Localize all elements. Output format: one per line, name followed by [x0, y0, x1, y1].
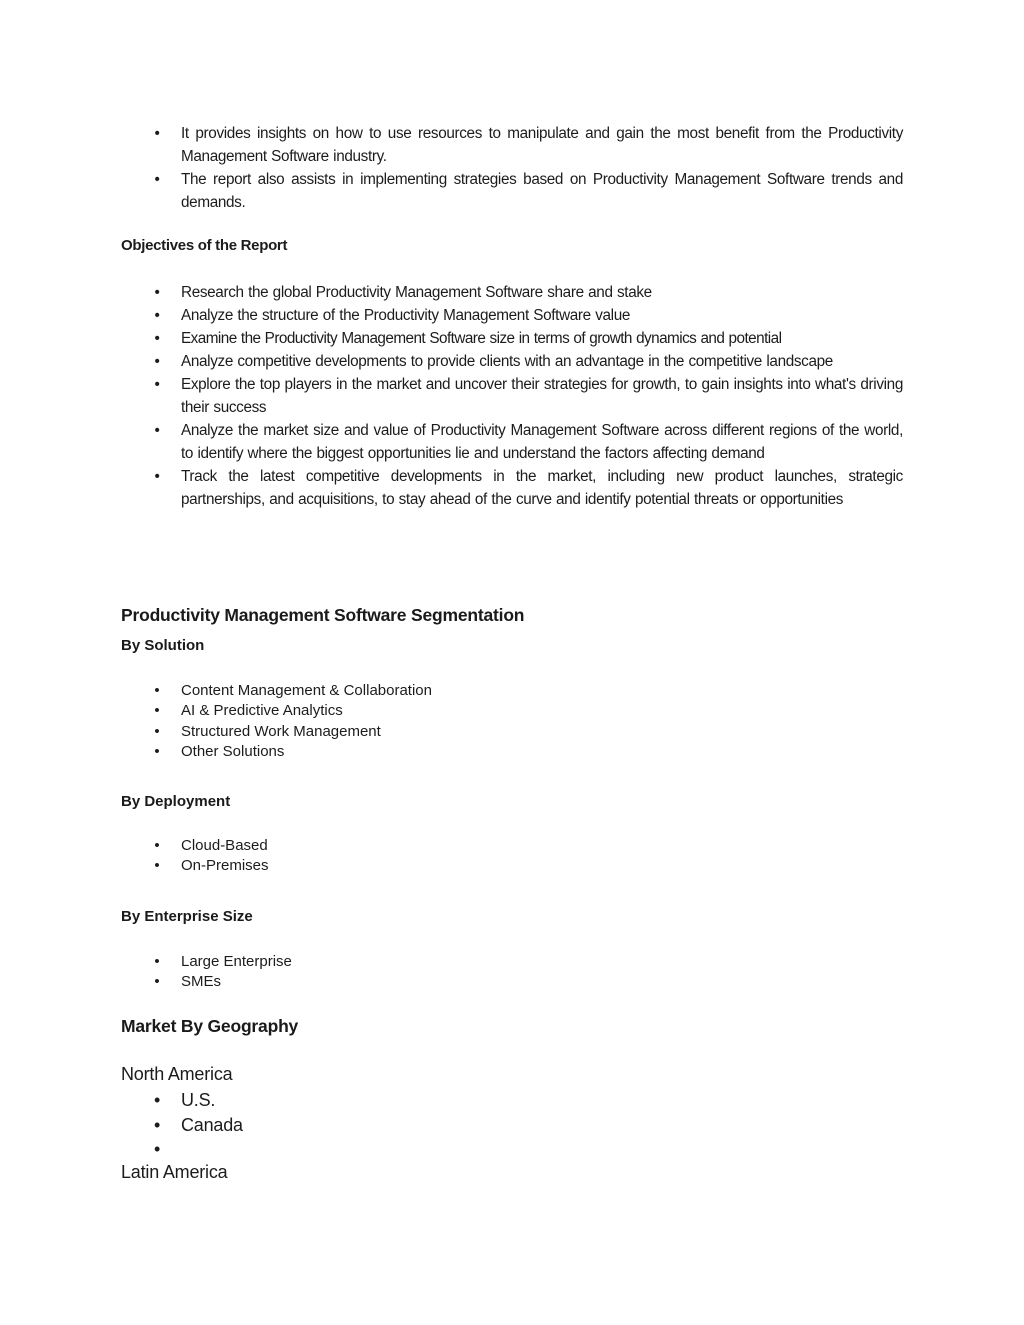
objectives-list: Research the global Productivity Managem…	[0, 281, 1024, 511]
bullet-icon	[152, 281, 162, 304]
by-solution-list: Content Management & Collaboration AI & …	[0, 681, 1024, 762]
bullet-icon	[152, 681, 162, 701]
bullet-icon	[152, 1113, 162, 1138]
bullet-icon	[152, 350, 162, 373]
list-item: Content Management & Collaboration	[0, 681, 1024, 701]
list-item: Canada	[0, 1113, 1024, 1138]
north-america-list: U.S. Canada	[0, 1088, 1024, 1162]
bullet-icon	[152, 972, 162, 992]
list-item-text: Examine the Productivity Management Soft…	[181, 327, 903, 350]
bullet-icon	[152, 1137, 162, 1162]
list-item: Other Solutions	[0, 742, 1024, 762]
bullet-icon	[152, 722, 162, 742]
bullet-icon	[152, 856, 162, 876]
list-item-text: Canada	[181, 1113, 903, 1138]
list-item-text: Cloud-Based	[181, 836, 903, 856]
list-item-text: Research the global Productivity Managem…	[181, 281, 903, 304]
list-item-text: SMEs	[181, 972, 903, 992]
by-enterprise-size-list: Large Enterprise SMEs	[0, 952, 1024, 993]
list-item-text: U.S.	[181, 1088, 903, 1113]
bullet-icon	[152, 168, 162, 191]
bullet-icon	[152, 952, 162, 972]
list-item: On-Premises	[0, 856, 1024, 876]
list-item: U.S.	[0, 1088, 1024, 1113]
list-item: SMEs	[0, 972, 1024, 992]
list-item: Explore the top players in the market an…	[0, 373, 1024, 419]
bullet-icon	[152, 1088, 162, 1113]
geography-heading: Market By Geography	[121, 1016, 298, 1037]
objectives-heading: Objectives of the Report	[121, 237, 287, 254]
bullet-icon	[152, 742, 162, 762]
list-item-text: The report also assists in implementing …	[181, 168, 903, 214]
list-item-text: Analyze competitive developments to prov…	[181, 350, 903, 373]
bullet-icon	[152, 304, 162, 327]
bullet-icon	[152, 701, 162, 721]
list-item: Analyze the market size and value of Pro…	[0, 419, 1024, 465]
list-item: Structured Work Management	[0, 722, 1024, 742]
by-deployment-heading: By Deployment	[121, 793, 230, 810]
list-item-text: Explore the top players in the market an…	[181, 373, 903, 419]
list-item-text: Large Enterprise	[181, 952, 903, 972]
list-item: AI & Predictive Analytics	[0, 701, 1024, 721]
bullet-icon	[152, 373, 162, 396]
segmentation-heading: Productivity Management Software Segment…	[121, 605, 524, 626]
list-item-text: Content Management & Collaboration	[181, 681, 903, 701]
list-item: Research the global Productivity Managem…	[0, 281, 1024, 304]
list-item: Examine the Productivity Management Soft…	[0, 327, 1024, 350]
list-item-text: Structured Work Management	[181, 722, 903, 742]
document-page: It provides insights on how to use resou…	[0, 0, 1024, 1325]
list-item	[0, 1137, 1024, 1162]
list-item: Cloud-Based	[0, 836, 1024, 856]
intro-bullet-list: It provides insights on how to use resou…	[0, 122, 1024, 214]
list-item-text: Analyze the market size and value of Pro…	[181, 419, 903, 465]
list-item: Analyze competitive developments to prov…	[0, 350, 1024, 373]
list-item-text: Analyze the structure of the Productivit…	[181, 304, 903, 327]
by-enterprise-size-heading: By Enterprise Size	[121, 908, 253, 925]
by-solution-heading: By Solution	[121, 637, 204, 654]
bullet-icon	[152, 419, 162, 442]
bullet-icon	[152, 465, 162, 488]
list-item-text: Track the latest competitive development…	[181, 465, 903, 511]
bullet-icon	[152, 122, 162, 145]
region-latin-america: Latin America	[121, 1162, 227, 1183]
list-item-text: Other Solutions	[181, 742, 903, 762]
bullet-icon	[152, 327, 162, 350]
list-item-text: AI & Predictive Analytics	[181, 701, 903, 721]
list-item: It provides insights on how to use resou…	[0, 122, 1024, 168]
list-item: Track the latest competitive development…	[0, 465, 1024, 511]
by-deployment-list: Cloud-Based On-Premises	[0, 836, 1024, 877]
bullet-icon	[152, 836, 162, 856]
list-item: Large Enterprise	[0, 952, 1024, 972]
list-item-text: It provides insights on how to use resou…	[181, 122, 903, 168]
region-north-america: North America	[121, 1064, 232, 1085]
list-item: Analyze the structure of the Productivit…	[0, 304, 1024, 327]
list-item: The report also assists in implementing …	[0, 168, 1024, 214]
list-item-text: On-Premises	[181, 856, 903, 876]
